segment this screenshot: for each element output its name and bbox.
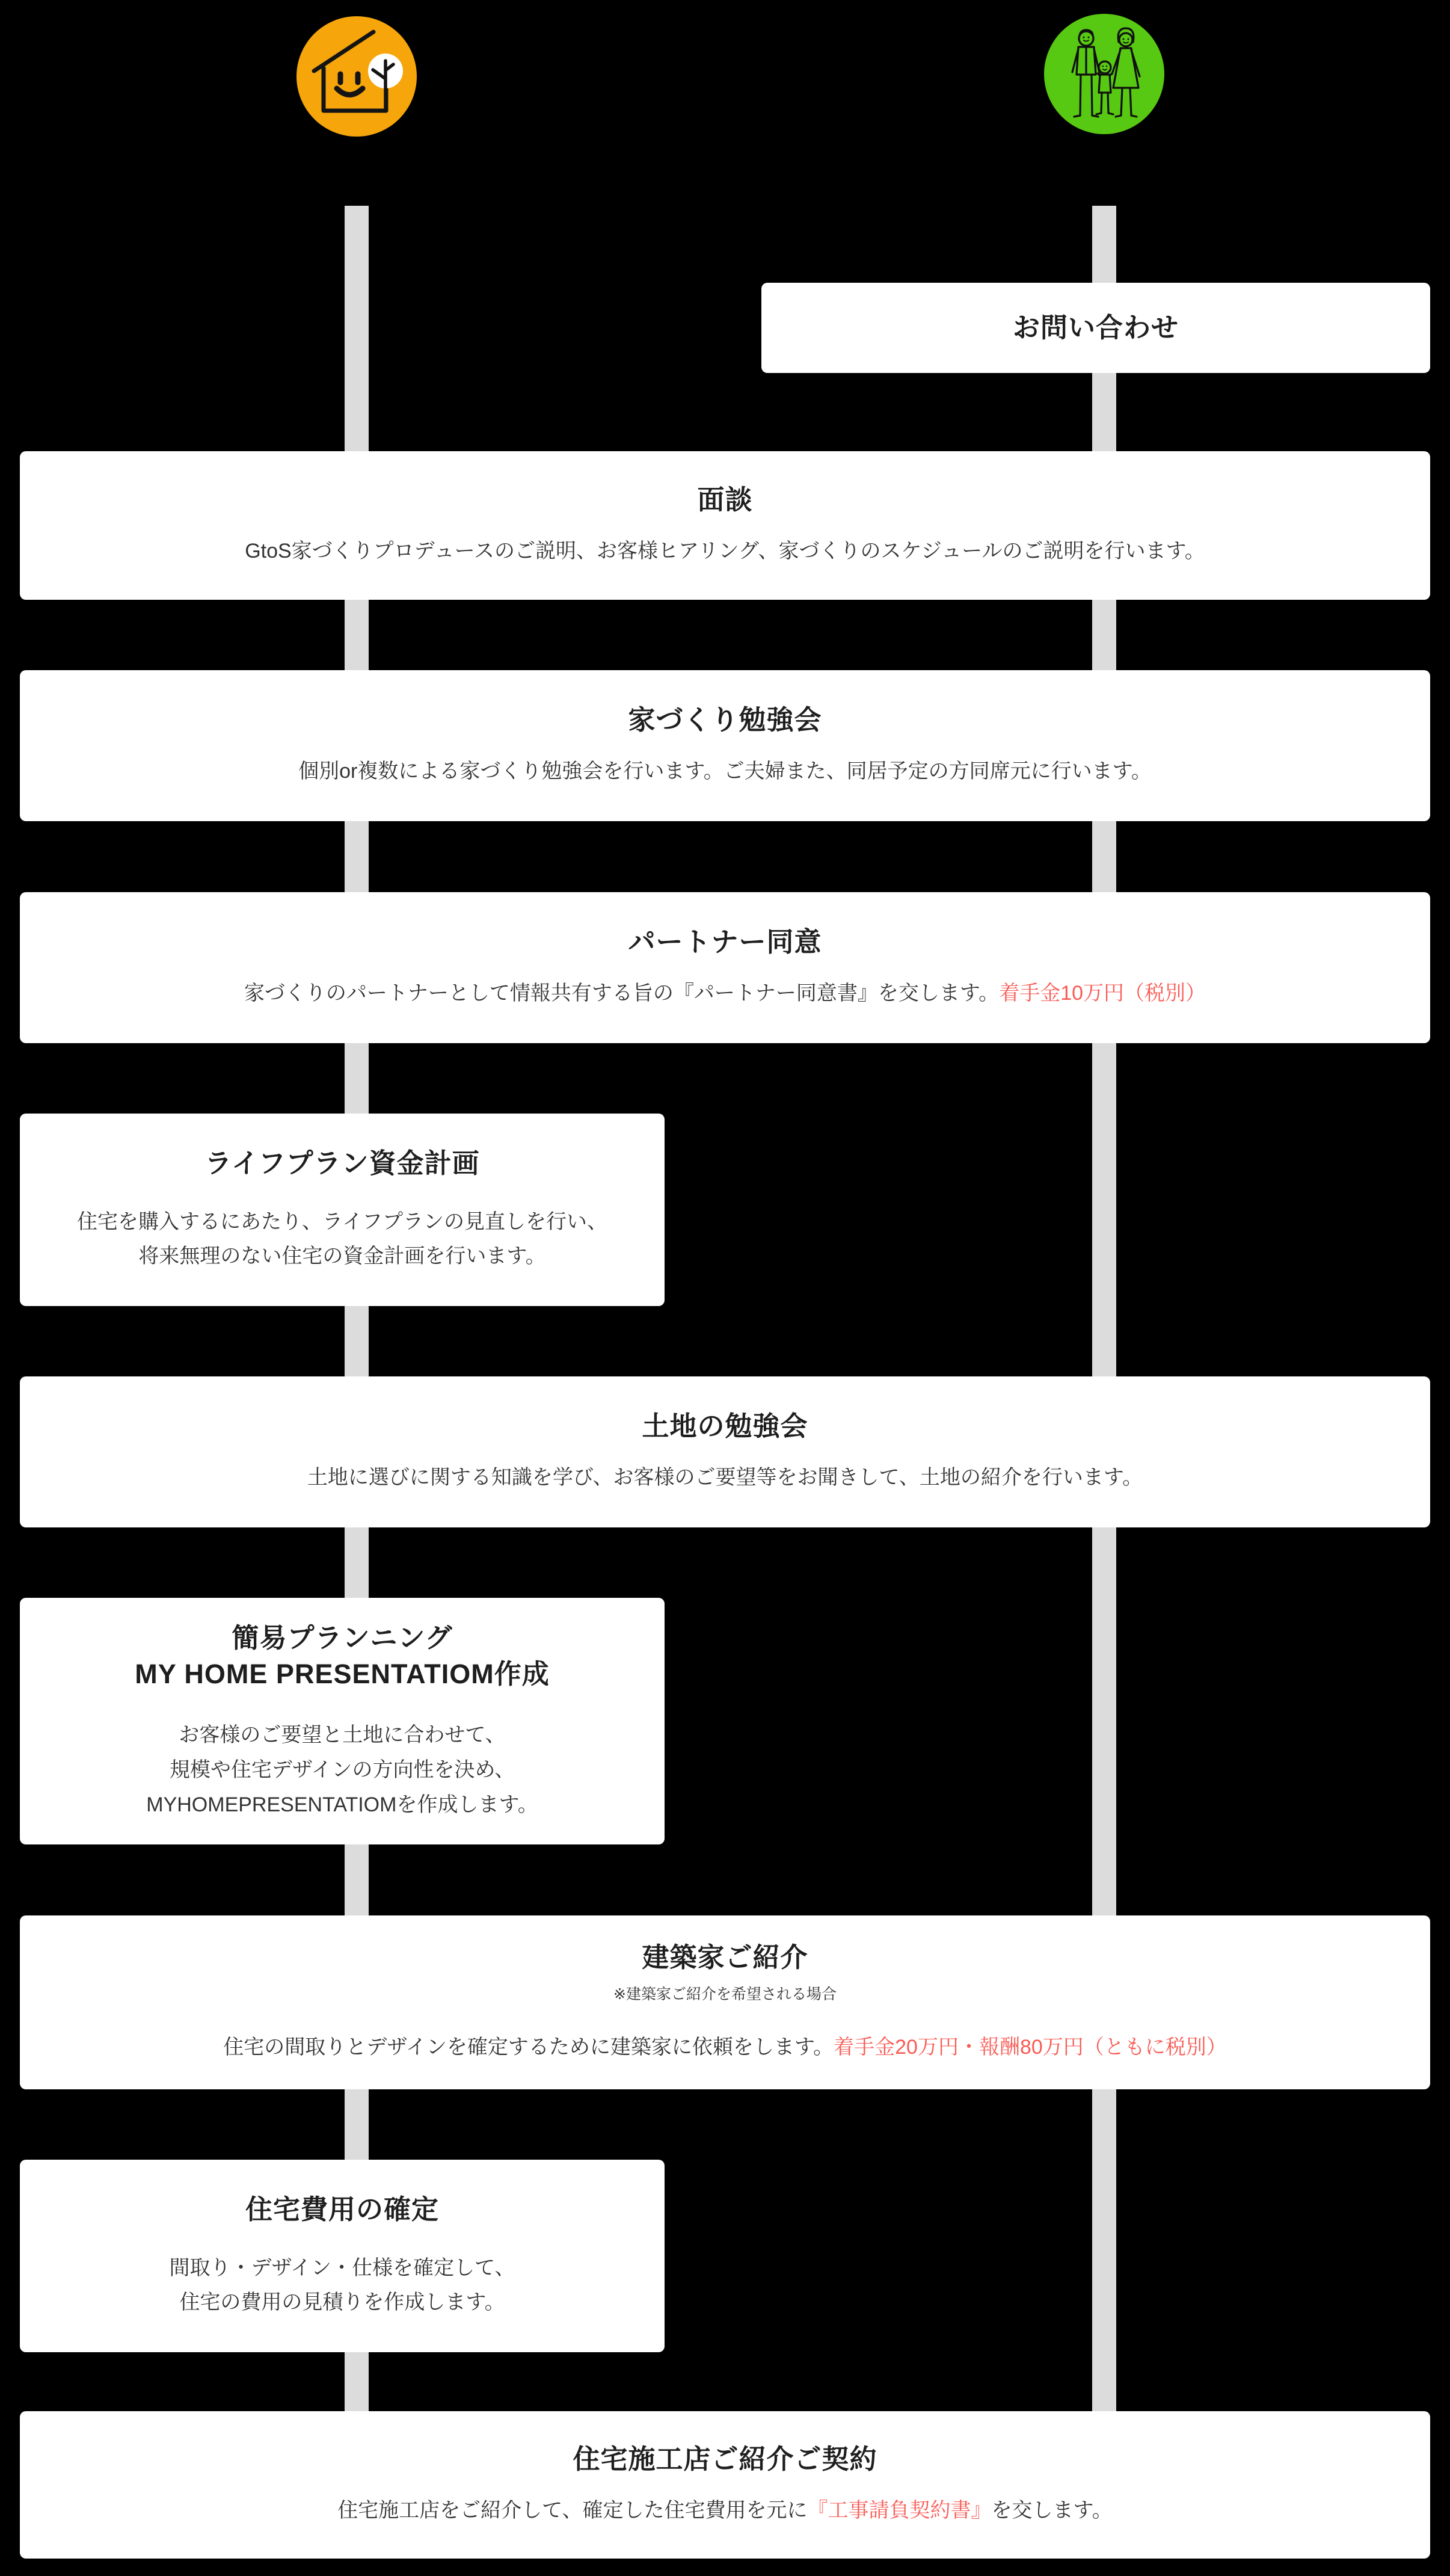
card-body-line: MYHOMEPRESENTATIOMを作成します。 xyxy=(146,1788,538,1823)
card-title-line: MY HOME PRESENTATIOM作成 xyxy=(135,1656,550,1693)
card-title: 住宅費用の確定 xyxy=(245,2192,439,2228)
card-title: 土地の勉強会 xyxy=(642,1408,808,1445)
card-body-price-text: 着手金10万円（税別） xyxy=(999,982,1206,1005)
card-body-text: 住宅施工店をご紹介して、確定した住宅費用を元に xyxy=(337,2499,807,2522)
step-card-interview: 面談 GtoS家づくりプロデュースのご説明、お客様ヒアリング、家づくりのスケジュ… xyxy=(20,451,1430,600)
card-body-line: 住宅を購入するにあたり、ライフプランの見直しを行い、 xyxy=(77,1205,607,1240)
card-title: 建築家ご紹介 xyxy=(642,1940,808,1976)
home-smile-icon xyxy=(296,16,417,137)
card-body: 家づくりのパートナーとして情報共有する旨の『パートナー同意書』を交します。着手金… xyxy=(220,976,1230,1011)
card-body-line: 住宅の費用の見積りを作成します。 xyxy=(170,2285,515,2320)
step-card-architect-intro: 建築家ご紹介 ※建築家ご紹介を希望される場合 住宅の間取りとデザインを確定するた… xyxy=(20,1915,1430,2089)
card-body: GtoS家づくりプロデュースのご説明、お客様ヒアリング、家づくりのスケジュールの… xyxy=(221,534,1229,569)
family-icon xyxy=(1044,14,1164,134)
card-body-line: お客様のご要望と土地に合わせて、 xyxy=(146,1718,538,1753)
step-card-contact: お問い合わせ xyxy=(761,283,1430,373)
card-title: 住宅施工店ご紹介ご契約 xyxy=(573,2441,877,2478)
card-body: 住宅施工店をご紹介して、確定した住宅費用を元に『工事請負契約書』を交します。 xyxy=(313,2494,1137,2528)
card-body-price-text: 着手金20万円・報酬80万円（ともに税別） xyxy=(834,2036,1227,2059)
step-card-partner-agreement: パートナー同意 家づくりのパートナーとして情報共有する旨の『パートナー同意書』を… xyxy=(20,892,1430,1043)
card-body-line: 規模や住宅デザインの方向性を決め、 xyxy=(146,1753,538,1788)
card-body: 土地に選びに関する知識を学び、お客様のご要望等をお聞きして、土地の紹介を行います… xyxy=(283,1461,1167,1496)
card-body-text: を交します。 xyxy=(992,2499,1113,2522)
card-title: パートナー同意 xyxy=(628,924,822,961)
card-body-line: 間取り・デザイン・仕様を確定して、 xyxy=(170,2251,515,2286)
card-body: 個別or複数による家づくり勉強会を行います。ご夫婦また、同居予定の方同席元に行い… xyxy=(274,754,1176,789)
card-title: お問い合わせ xyxy=(1013,310,1179,347)
step-card-land-study: 土地の勉強会 土地に選びに関する知識を学び、お客様のご要望等をお聞きして、土地の… xyxy=(20,1376,1430,1527)
card-note: ※建築家ご紹介を希望される場合 xyxy=(613,1982,837,2004)
step-card-builder-contract: 住宅施工店ご紹介ご契約 住宅施工店をご紹介して、確定した住宅費用を元に『工事請負… xyxy=(20,2411,1430,2559)
card-body-text: 家づくりのパートナーとして情報共有する旨の『パートナー同意書』を交します。 xyxy=(244,982,999,1005)
step-card-life-plan: ライフプラン資金計画 住宅を購入するにあたり、ライフプランの見直しを行い、 将来… xyxy=(20,1114,665,1306)
card-body: 間取り・デザイン・仕様を確定して、 住宅の費用の見積りを作成します。 xyxy=(146,2251,539,2321)
card-body-contract-text: 『工事請負契約書』 xyxy=(808,2499,992,2522)
step-card-simple-planning: 簡易プランニング MY HOME PRESENTATIOM作成 お客様のご要望と… xyxy=(20,1598,665,1844)
step-card-study-session: 家づくり勉強会 個別or複数による家づくり勉強会を行います。ご夫婦また、同居予定… xyxy=(20,670,1430,821)
card-title: 家づくり勉強会 xyxy=(628,702,822,739)
card-body: お客様のご要望と土地に合わせて、 規模や住宅デザインの方向性を決め、 MYHOM… xyxy=(122,1718,562,1822)
card-body: 住宅を購入するにあたり、ライフプランの見直しを行い、 将来無理のない住宅の資金計… xyxy=(53,1205,631,1275)
step-card-cost-fix: 住宅費用の確定 間取り・デザイン・仕様を確定して、 住宅の費用の見積りを作成しま… xyxy=(20,2160,665,2352)
card-title: 簡易プランニング MY HOME PRESENTATIOM作成 xyxy=(135,1620,550,1693)
card-title: 面談 xyxy=(697,482,752,519)
card-title: ライフプラン資金計画 xyxy=(204,1145,479,1182)
home-building-flow-diagram: お問い合わせ 面談 GtoS家づくりプロデュースのご説明、お客様ヒアリング、家づ… xyxy=(0,0,1450,2576)
card-body: 住宅の間取りとデザインを確定するために建築家に依頼をします。着手金20万円・報酬… xyxy=(199,2030,1251,2065)
card-body-text: 住宅の間取りとデザインを確定するために建築家に依頼をします。 xyxy=(223,2036,834,2059)
card-title-line: 簡易プランニング xyxy=(135,1620,550,1657)
card-body-line: 将来無理のない住宅の資金計画を行います。 xyxy=(77,1239,607,1274)
